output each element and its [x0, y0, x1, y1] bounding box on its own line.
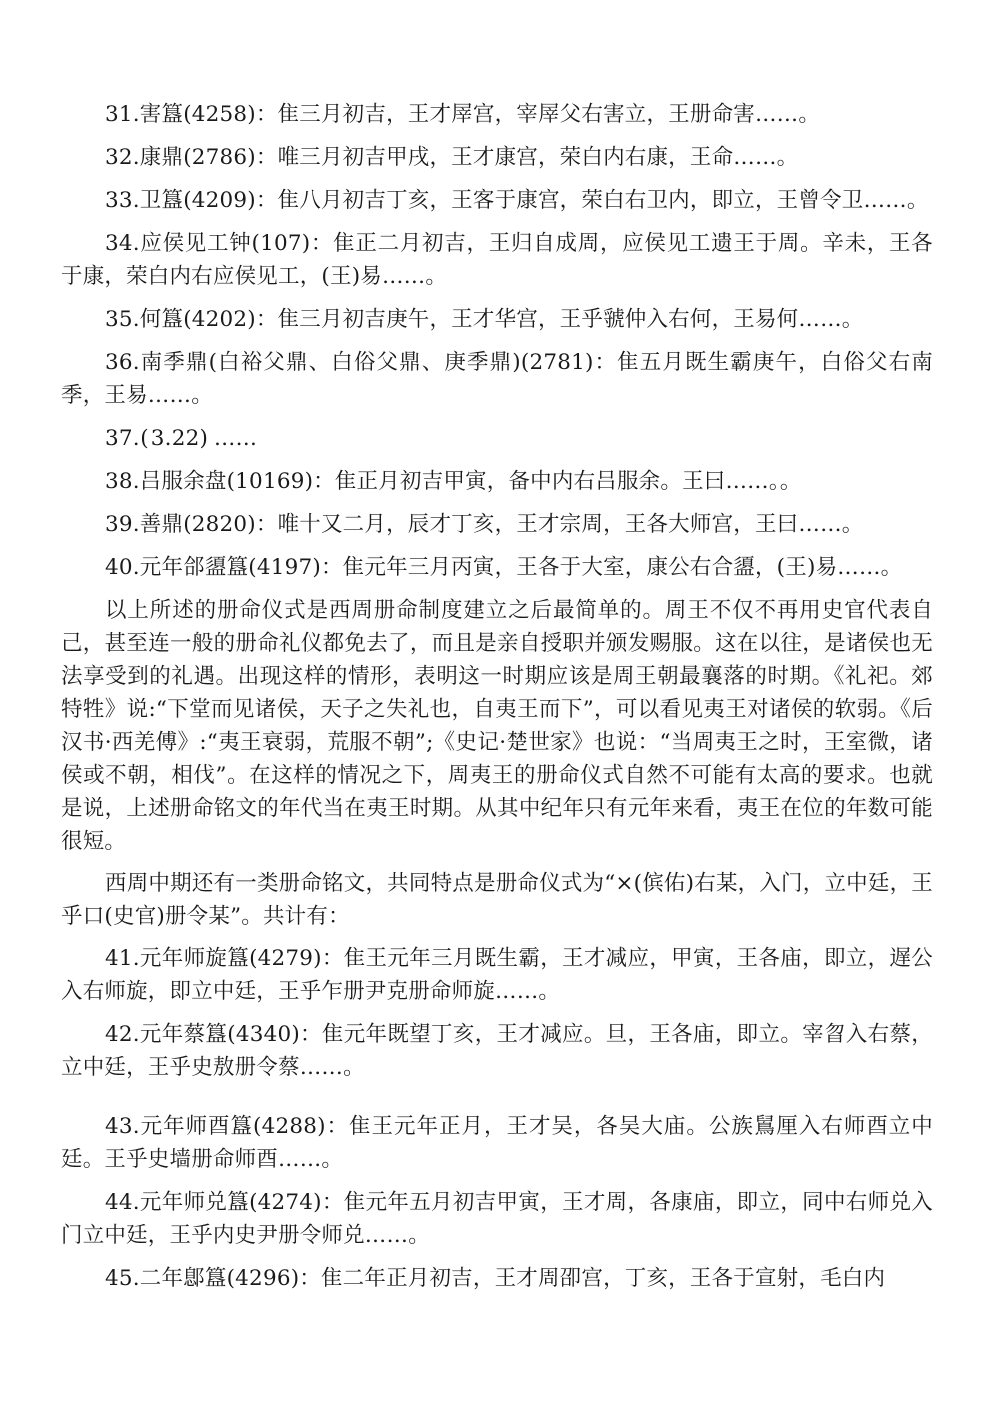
inscription-item-44: 44.元年师兑簋(4274)：隹元年五月初吉甲寅，王才周，各康庙，即立，同中右师… [61, 1186, 933, 1252]
inscription-item-33: 33.卫簋(4209)：隹八月初吉丁亥，王客于康宫，荣白右卫内，即立，王曾令卫…… [61, 184, 933, 217]
document-page: 31.害簋(4258)：隹三月初吉，王才屖宫，宰屖父右害立，王册命害……。 32… [61, 98, 933, 1305]
inscription-item-32: 32.康鼎(2786)：唯三月初吉甲戌，王才康宫，荣白内右康，王命……。 [61, 141, 933, 174]
inscription-item-31: 31.害簋(4258)：隹三月初吉，王才屖宫，宰屖父右害立，王册命害……。 [61, 98, 933, 131]
inscription-item-45: 45.二年鄎簋(4296)：隹二年正月初吉，王才周卲宫，丁亥，王各于宣射，毛白内 [61, 1262, 933, 1295]
inscription-item-35: 35.何簋(4202)：隹三月初吉庚午，王才华宫，王乎虢仲入右何，王易何……。 [61, 303, 933, 336]
inscription-item-43: 43.元年师酉簋(4288)：隹王元年正月，王才吴，各吴大庙。公族䳔厘入右师酉立… [61, 1110, 933, 1176]
analysis-paragraph-yi-wang: 以上所述的册命仪式是西周册命制度建立之后最简单的。周王不仅不再用史官代表自己，甚… [61, 594, 933, 858]
analysis-paragraph-intro-list: 西周中期还有一类册命铭文，共同特点是册命仪式为“×(傧佑)右某，入门，立中廷，王… [61, 867, 933, 933]
inscription-item-34: 34.应侯见工钟(107)：隹正二月初吉，王归自成周，应侯见工遗王于周。辛未，王… [61, 227, 933, 293]
inscription-item-37: 37.𠧟鼎(《小校经阁金石拓本》3.22)：隹八月丁亥，王才𦅫宫大室。小臣𠧟师䜌… [61, 422, 933, 455]
inscription-item-38: 38.吕服余盘(10169)：隹正月初吉甲寅，备中内右吕服余。王曰……。。 [61, 465, 933, 498]
inscription-item-42: 42.元年蔡簋(4340)：隹元年既望丁亥，王才减应。旦，王各庙，即立。宰曶入右… [61, 1018, 933, 1084]
inscription-item-40: 40.元年郃盨簋(4197)：隹元年三月丙寅，王各于大室，康公右合盨，(王)易…… [61, 551, 933, 584]
inscription-item-36: 36.南季鼎(白裕父鼎、白俗父鼎、庚季鼎)(2781)：隹五月既生霸庚午，白俗父… [61, 346, 933, 412]
inscription-item-41: 41.元年师旋簋(4279)：隹王元年三月既生霸，王才减应，甲寅，王各庙，即立，… [61, 942, 933, 1008]
inscription-item-39: 39.善鼎(2820)：唯十又二月，辰才丁亥，王才宗周，王各大师宫，王曰……。 [61, 508, 933, 541]
